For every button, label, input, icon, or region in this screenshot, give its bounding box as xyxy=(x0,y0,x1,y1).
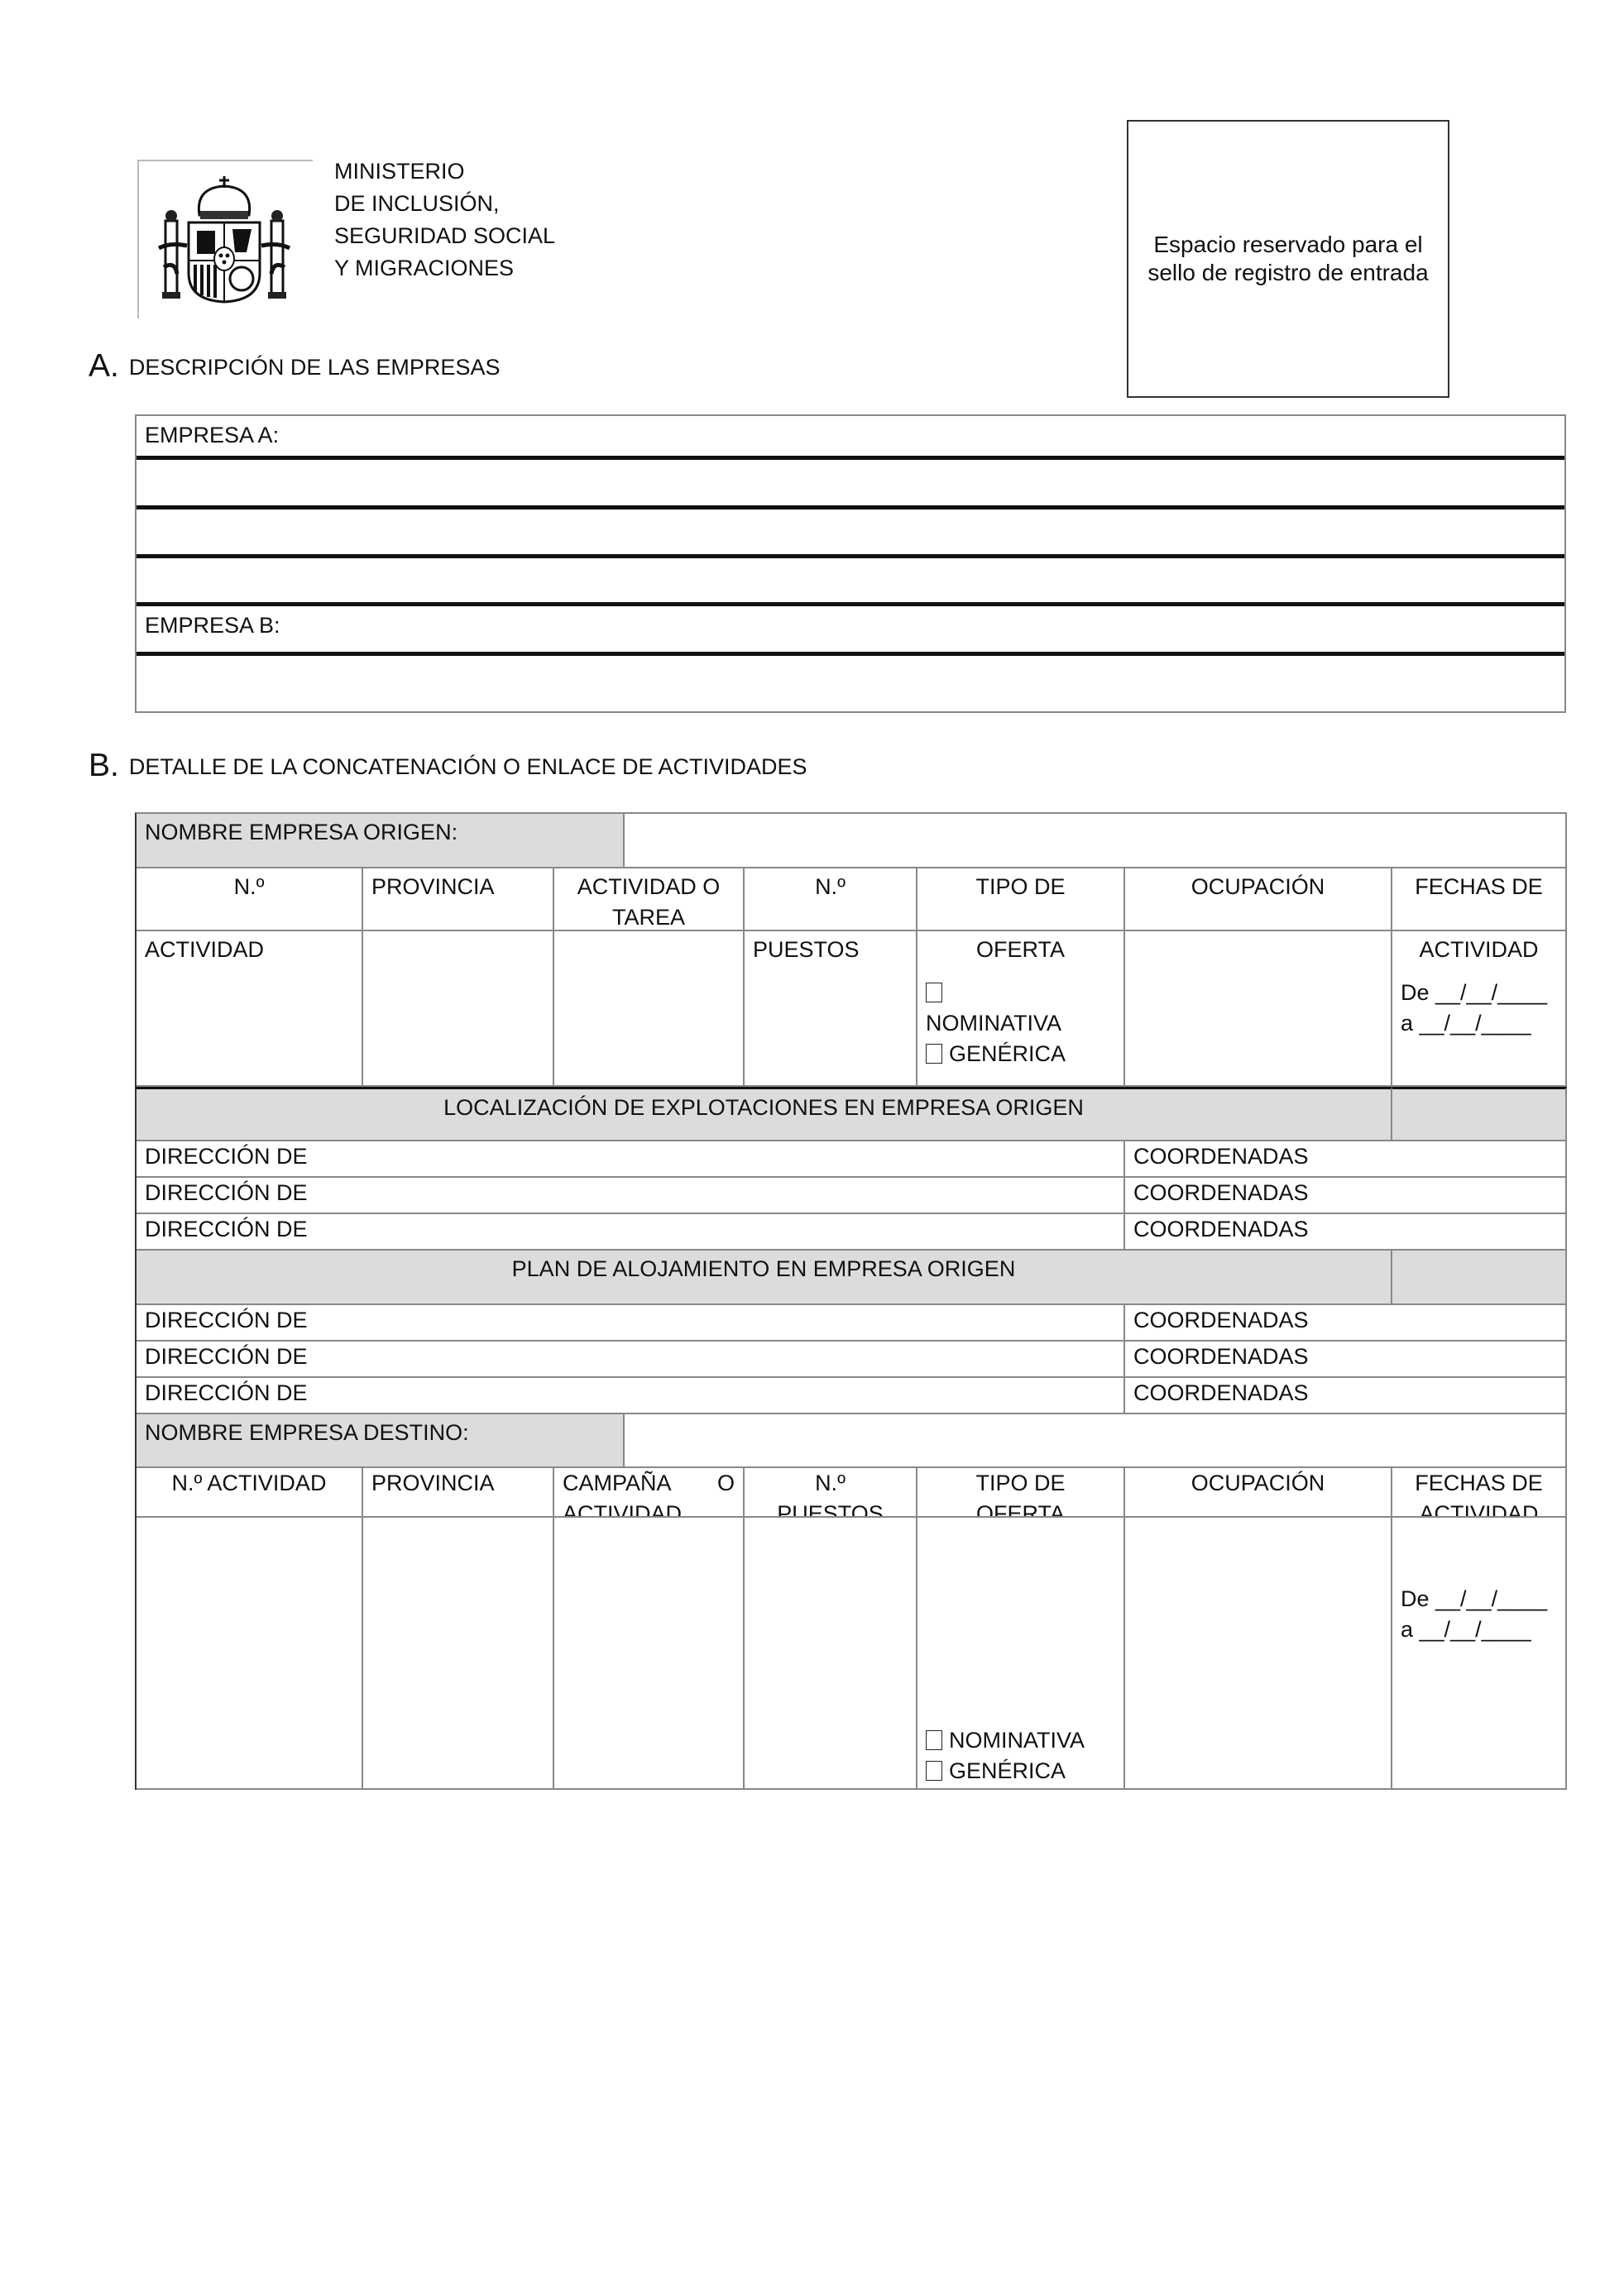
date-from: De __/__/____ xyxy=(1401,978,1557,1008)
row-label: OFERTA xyxy=(926,935,1115,965)
spain-coat-of-arms-icon xyxy=(154,170,295,310)
col-header: CAMPAÑA O ACTIVIDAD xyxy=(554,1468,745,1518)
ministry-line: Y MIGRACIONES xyxy=(334,252,555,285)
stamp-text: Espacio reservado para el sello de regis… xyxy=(1142,231,1435,287)
option-label: NOMINATIVA xyxy=(926,1008,1115,1039)
empresa-a-line-1[interactable] xyxy=(137,460,1564,506)
row-label: PUESTOS xyxy=(753,937,860,962)
origin-province[interactable] xyxy=(363,931,554,1087)
col-header: TIPO DE xyxy=(917,868,1125,931)
empresa-a-line-2[interactable] xyxy=(137,509,1564,556)
origin-positions[interactable]: PUESTOS xyxy=(745,931,917,1087)
location-coords-1[interactable]: COORDENADAS xyxy=(1125,1141,1567,1178)
section-a-title: A.DESCRIPCIÓN DE LAS EMPRESAS xyxy=(89,348,500,385)
section-letter: A. xyxy=(89,348,119,384)
destination-province[interactable] xyxy=(363,1518,554,1790)
checkbox-nominativa[interactable] xyxy=(926,1730,942,1750)
ministry-name: MINISTERIO DE INCLUSIÓN, SEGURIDAD SOCIA… xyxy=(334,155,555,285)
housing-title-spacer xyxy=(1392,1251,1567,1305)
destination-occupation[interactable] xyxy=(1125,1518,1392,1790)
location-coords-2[interactable]: COORDENADAS xyxy=(1125,1178,1567,1214)
col-header: N.º xyxy=(745,868,917,931)
activities-table: NOMBRE EMPRESA ORIGEN: N.º PROVINCIA ACT… xyxy=(135,812,1567,1790)
section-title-text: DESCRIPCIÓN DE LAS EMPRESAS xyxy=(129,355,501,380)
destination-positions[interactable] xyxy=(745,1518,917,1790)
option-label: GENÉRICA xyxy=(949,1041,1066,1066)
section-letter: B. xyxy=(89,748,119,783)
option-label: NOMINATIVA xyxy=(949,1728,1085,1753)
date-from: De __/__/____ xyxy=(1401,1584,1557,1614)
origin-activity-task[interactable] xyxy=(554,931,745,1087)
housing-title: PLAN DE ALOJAMIENTO EN EMPRESA ORIGEN xyxy=(137,1251,1392,1305)
destination-campaign[interactable] xyxy=(554,1518,745,1790)
origin-name-input[interactable] xyxy=(625,814,1567,868)
ministry-line: DE INCLUSIÓN, xyxy=(334,188,555,220)
location-title-spacer xyxy=(1392,1087,1567,1141)
row-label: ACTIVIDAD xyxy=(1401,935,1557,965)
empresa-a-line-3[interactable] xyxy=(137,558,1564,603)
checkbox-generica[interactable] xyxy=(926,1044,942,1064)
col-header: FECHAS DE xyxy=(1392,868,1567,931)
origin-dates[interactable]: ACTIVIDAD De __/__/____ a __/__/____ xyxy=(1392,931,1567,1087)
destination-activity-number[interactable] xyxy=(137,1518,363,1790)
destination-name-label: NOMBRE EMPRESA DESTINO: xyxy=(137,1414,625,1468)
col-header: N.º ACTIVIDAD xyxy=(137,1468,363,1518)
ministry-line: SEGURIDAD SOCIAL xyxy=(334,220,555,252)
option-label: GENÉRICA xyxy=(949,1758,1066,1783)
housing-coords-2[interactable]: COORDENADAS xyxy=(1125,1342,1567,1378)
empresa-a-label: EMPRESA A: xyxy=(137,423,1564,448)
col-header: FECHAS DE ACTIVIDAD xyxy=(1392,1468,1567,1518)
origin-occupation[interactable] xyxy=(1125,931,1392,1087)
origin-name-label: NOMBRE EMPRESA ORIGEN: xyxy=(137,814,625,868)
section-b-title: B.DETALLE DE LA CONCATENACIÓN O ENLACE D… xyxy=(89,748,807,784)
col-header: N.º xyxy=(137,868,363,931)
section-title-text: DETALLE DE LA CONCATENACIÓN O ENLACE DE … xyxy=(129,754,807,779)
housing-address-3[interactable]: DIRECCIÓN DE xyxy=(137,1378,1125,1414)
row-label: ACTIVIDAD xyxy=(145,937,264,962)
empresa-b-line-1[interactable] xyxy=(137,656,1564,710)
destination-offer-type: NOMINATIVA GENÉRICA xyxy=(917,1518,1125,1790)
destination-dates[interactable]: De __/__/____ a __/__/____ xyxy=(1392,1518,1567,1790)
col-header: ACTIVIDAD O TAREA xyxy=(554,868,745,931)
col-header: N.º PUESTOS xyxy=(745,1468,917,1518)
location-title: LOCALIZACIÓN DE EXPLOTACIONES EN EMPRESA… xyxy=(137,1087,1392,1141)
location-address-2[interactable]: DIRECCIÓN DE xyxy=(137,1178,1125,1214)
col-header: PROVINCIA xyxy=(363,868,554,931)
date-to: a __/__/____ xyxy=(1401,1008,1557,1039)
housing-address-2[interactable]: DIRECCIÓN DE xyxy=(137,1342,1125,1378)
checkbox-generica[interactable] xyxy=(926,1761,942,1781)
checkbox-nominativa[interactable] xyxy=(926,983,942,1002)
housing-address-1[interactable]: DIRECCIÓN DE xyxy=(137,1305,1125,1342)
housing-coords-1[interactable]: COORDENADAS xyxy=(1125,1305,1567,1342)
location-address-1[interactable]: DIRECCIÓN DE xyxy=(137,1141,1125,1178)
origin-activity-number[interactable]: ACTIVIDAD xyxy=(137,931,363,1087)
logo-frame xyxy=(137,160,313,318)
col-header: OCUPACIÓN xyxy=(1125,868,1392,931)
location-coords-3[interactable]: COORDENADAS xyxy=(1125,1214,1567,1251)
destination-name-input[interactable] xyxy=(625,1414,1567,1468)
location-address-3[interactable]: DIRECCIÓN DE xyxy=(137,1214,1125,1251)
col-header: OCUPACIÓN xyxy=(1125,1468,1392,1518)
registry-stamp-box: Espacio reservado para el sello de regis… xyxy=(1127,120,1449,398)
empresa-b-label: EMPRESA B: xyxy=(137,613,1564,639)
col-header: PROVINCIA xyxy=(363,1468,554,1518)
ministry-line: MINISTERIO xyxy=(334,155,555,188)
origin-offer-type: OFERTA NOMINATIVA GENÉRICA xyxy=(917,931,1125,1087)
housing-coords-3[interactable]: COORDENADAS xyxy=(1125,1378,1567,1414)
col-header: TIPO DE OFERTA xyxy=(917,1468,1125,1518)
date-to: a __/__/____ xyxy=(1401,1614,1557,1645)
companies-table: EMPRESA A: EMPRESA B: xyxy=(135,414,1566,713)
